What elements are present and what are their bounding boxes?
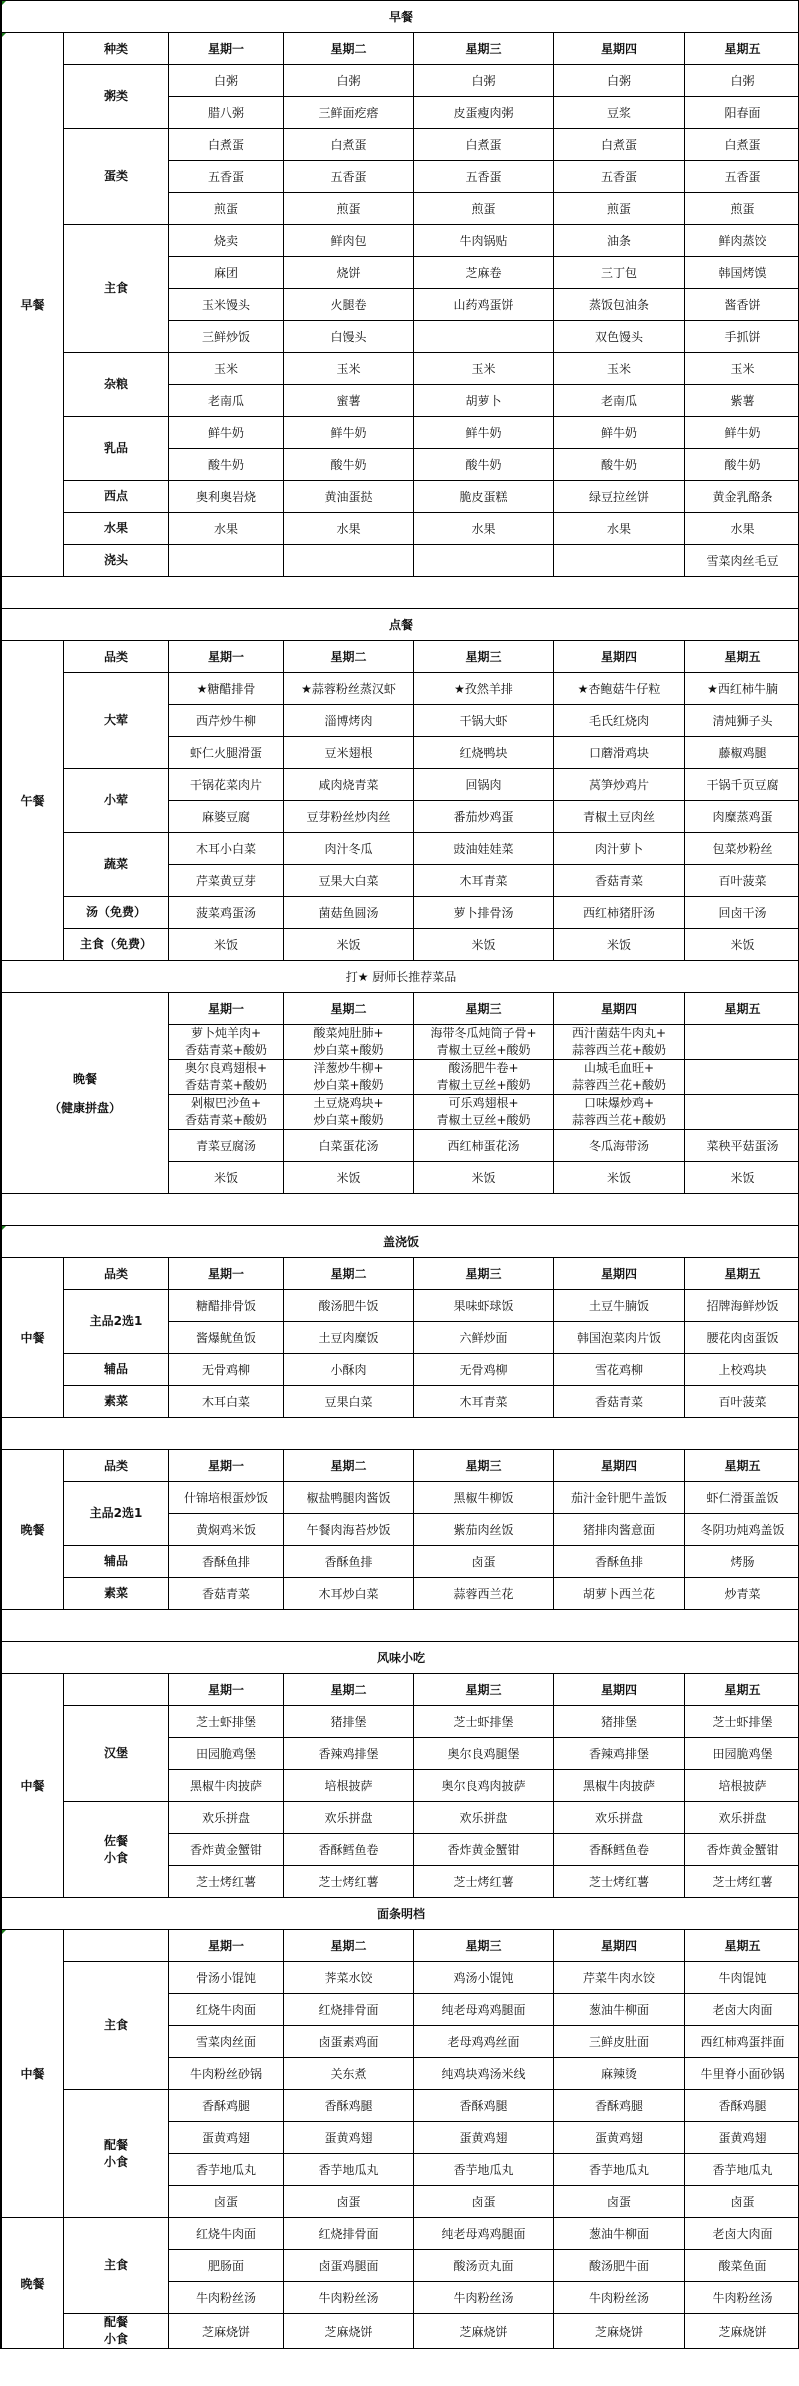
- day-header-1: 星期一: [169, 1450, 284, 1482]
- menu-item: 牛肉粉丝汤: [169, 2282, 284, 2314]
- table-row: 蔬菜木耳小白菜肉汁冬瓜豉油娃娃菜肉汁萝卜包菜炒粉丝: [2, 833, 799, 865]
- menu-item: 香酥鸡腿: [554, 2090, 685, 2122]
- category-label: 乳品: [64, 417, 169, 481]
- day-header-4: 星期四: [554, 33, 685, 65]
- menu-item: 冬阴功炖鸡盖饭: [685, 1514, 799, 1546]
- menu-item: 香芋地瓜丸: [169, 2154, 284, 2186]
- menu-item: 木耳小白菜: [169, 833, 284, 865]
- menu-item: 香酥鸡腿: [685, 2090, 799, 2122]
- menu-item: 水果: [554, 513, 685, 545]
- menu-item: 奥尔良鸡肉披萨: [414, 1770, 554, 1802]
- menu-item: 米饭: [414, 1162, 554, 1194]
- spacer: [2, 1610, 799, 1642]
- day-header-4: 星期四: [554, 641, 685, 673]
- menu-item: 酱香饼: [685, 289, 799, 321]
- menu-item: 米饭: [554, 929, 685, 961]
- menu-item: 五香蛋: [169, 161, 284, 193]
- spacer-row: [2, 1194, 799, 1226]
- menu-item: 鲜牛奶: [169, 417, 284, 449]
- menu-item: 香菇青菜: [169, 1578, 284, 1610]
- menu-item: 小酥肉: [284, 1354, 414, 1386]
- menu-item: 蜜薯: [284, 385, 414, 417]
- category-label: 水果: [64, 513, 169, 545]
- menu-item: 百叶菠菜: [685, 1386, 799, 1418]
- category-header: 品类: [64, 1450, 169, 1482]
- menu-item: 芝士虾排堡: [169, 1706, 284, 1738]
- menu-item: 酸牛奶: [414, 449, 554, 481]
- menu-item: 上校鸡块: [685, 1354, 799, 1386]
- menu-item: 五香蛋: [284, 161, 414, 193]
- menu-item: 干锅花菜肉片: [169, 769, 284, 801]
- header-row: 晚餐品类星期一星期二星期三星期四星期五: [2, 1450, 799, 1482]
- menu-item: 韩国烤馍: [685, 257, 799, 289]
- menu-item: 卤蛋: [414, 2186, 554, 2218]
- header-row: 晚餐（健康拼盘）星期一星期二星期三星期四星期五: [2, 993, 799, 1025]
- meal-label: 早餐: [2, 33, 64, 577]
- menu-item: 纯老母鸡鸡腿面: [414, 2218, 554, 2250]
- menu-item: 清炖狮子头: [685, 705, 799, 737]
- menu-item: 白煮蛋: [554, 129, 685, 161]
- menu-item: [554, 545, 685, 577]
- category-label: 蛋类: [64, 129, 169, 225]
- menu-item: 淄博烤肉: [284, 705, 414, 737]
- header-row: 中餐星期一星期二星期三星期四星期五: [2, 1930, 799, 1962]
- menu-item: 蒸饭包油条: [554, 289, 685, 321]
- day-header-1: 星期一: [169, 1930, 284, 1962]
- menu-item: 口味爆炒鸡+蒜蓉西兰花+酸奶: [554, 1095, 685, 1130]
- menu-item: 椒盐鸭腿肉酱饭: [284, 1482, 414, 1514]
- day-header-5: 星期五: [685, 641, 799, 673]
- menu-item: [169, 545, 284, 577]
- menu-item: 韩国泡菜肉片饭: [554, 1322, 685, 1354]
- day-header-1: 星期一: [169, 1674, 284, 1706]
- menu-item: 香酥鸡腿: [169, 2090, 284, 2122]
- menu-item: 白粥: [169, 65, 284, 97]
- category-label: 小荤: [64, 769, 169, 833]
- menu-item: 荠菜水饺: [284, 1962, 414, 1994]
- menu-item: 萝卜炖羊肉+香菇青菜+酸奶: [169, 1025, 284, 1060]
- menu-item: 鲜肉包: [284, 225, 414, 257]
- menu-item: 香酥鱼排: [284, 1546, 414, 1578]
- menu-item: 奥尔良鸡翅根+香菇青菜+酸奶: [169, 1060, 284, 1095]
- menu-item: 干锅大虾: [414, 705, 554, 737]
- header-row: 午餐品类星期一星期二星期三星期四星期五: [2, 641, 799, 673]
- menu-item: 香芋地瓜丸: [685, 2154, 799, 2186]
- menu-item: 咸肉烧青菜: [284, 769, 414, 801]
- menu-item: 老南瓜: [169, 385, 284, 417]
- day-header-4: 星期四: [554, 993, 685, 1025]
- menu-item: 豉油娃娃菜: [414, 833, 554, 865]
- category-label: 辅品: [64, 1354, 169, 1386]
- menu-item: 卤蛋: [284, 2186, 414, 2218]
- menu-item: 米饭: [169, 929, 284, 961]
- menu-item: 香芋地瓜丸: [414, 2154, 554, 2186]
- category-label: 主食: [64, 225, 169, 353]
- menu-item: 玉米: [685, 353, 799, 385]
- category-label: 浇头: [64, 545, 169, 577]
- menu-item: 白煮蛋: [414, 129, 554, 161]
- category-label: 粥类: [64, 65, 169, 129]
- spacer: [2, 1194, 799, 1226]
- menu-item: 黑椒牛肉披萨: [169, 1770, 284, 1802]
- menu-item: 蛋黄鸡翅: [414, 2122, 554, 2154]
- menu-item: 豆米翅根: [284, 737, 414, 769]
- meal-label: 晚餐: [2, 1450, 64, 1610]
- menu-item: 山城毛血旺+蒜蓉西兰花+酸奶: [554, 1060, 685, 1095]
- table-row: 汤（免费）菠菜鸡蛋汤菌菇鱼圆汤萝卜排骨汤西红柿猪肝汤回卤干汤: [2, 897, 799, 929]
- menu-item: 什锦培根蛋炒饭: [169, 1482, 284, 1514]
- menu-item: ★糖醋排骨: [169, 673, 284, 705]
- menu-item: 老卤大肉面: [685, 2218, 799, 2250]
- day-header-5: 星期五: [685, 993, 799, 1025]
- meal-label: 中餐: [2, 1930, 64, 2218]
- menu-item: 洋葱炒牛柳+炒白菜+酸奶: [284, 1060, 414, 1095]
- day-header-3: 星期三: [414, 33, 554, 65]
- menu-item: 煎蛋: [554, 193, 685, 225]
- menu-item: 玉米馒头: [169, 289, 284, 321]
- category-label: 汤（免费）: [64, 897, 169, 929]
- category-header: 品类: [64, 641, 169, 673]
- menu-item: 煎蛋: [169, 193, 284, 225]
- menu-item: 煎蛋: [284, 193, 414, 225]
- menu-item: 五香蛋: [414, 161, 554, 193]
- table-row: 配餐小食芝麻烧饼芝麻烧饼芝麻烧饼芝麻烧饼芝麻烧饼: [2, 2314, 799, 2349]
- menu-item: 欢乐拼盘: [169, 1802, 284, 1834]
- menu-item: [414, 321, 554, 353]
- menu-item: 胡萝卜: [414, 385, 554, 417]
- menu-item: [685, 1060, 799, 1095]
- day-header-3: 星期三: [414, 1674, 554, 1706]
- menu-item: 牛里脊小面砂锅: [685, 2058, 799, 2090]
- menu-item: 白粥: [554, 65, 685, 97]
- menu-item: 回锅肉: [414, 769, 554, 801]
- section-title-recommend: 打★ 厨师长推荐菜品: [2, 961, 799, 993]
- menu-item: 酸菜鱼面: [685, 2250, 799, 2282]
- menu-item: 无骨鸡柳: [414, 1354, 554, 1386]
- table-row: 主品2选1什锦培根蛋炒饭椒盐鸭腿肉酱饭黑椒牛柳饭茄汁金针肥牛盖饭虾仁滑蛋盖饭: [2, 1482, 799, 1514]
- menu-item: 土豆肉糜饭: [284, 1322, 414, 1354]
- menu-item: [685, 1095, 799, 1130]
- category-header: 种类: [64, 33, 169, 65]
- menu-item: 芹菜黄豆芽: [169, 865, 284, 897]
- menu-item: 双色馒头: [554, 321, 685, 353]
- menu-item: 米饭: [685, 929, 799, 961]
- day-header-2: 星期二: [284, 1450, 414, 1482]
- header-row: 中餐星期一星期二星期三星期四星期五: [2, 1674, 799, 1706]
- menu-item: 芝士虾排堡: [685, 1706, 799, 1738]
- menu-item: 芝麻烧饼: [169, 2314, 284, 2349]
- header-row: 中餐品类星期一星期二星期三星期四星期五: [2, 1258, 799, 1290]
- menu-item: 香芋地瓜丸: [554, 2154, 685, 2186]
- day-header-1: 星期一: [169, 993, 284, 1025]
- menu-item: 豆果白菜: [284, 1386, 414, 1418]
- menu-item: 白粥: [414, 65, 554, 97]
- menu-item: 番茄炒鸡蛋: [414, 801, 554, 833]
- meal-label-main: 晚餐: [4, 1070, 166, 1087]
- table-row: 水果水果水果水果水果水果: [2, 513, 799, 545]
- menu-item: 剁椒巴沙鱼+香菇青菜+酸奶: [169, 1095, 284, 1130]
- menu-item: 牛肉馄饨: [685, 1962, 799, 1994]
- menu-item: 老南瓜: [554, 385, 685, 417]
- menu-item: 回卤干汤: [685, 897, 799, 929]
- section-title-noodles: 面条明档: [2, 1898, 799, 1930]
- menu-item: 招牌海鲜炒饭: [685, 1290, 799, 1322]
- menu-item: 鲜肉蒸饺: [685, 225, 799, 257]
- table-row: 辅品无骨鸡柳小酥肉无骨鸡柳雪花鸡柳上校鸡块: [2, 1354, 799, 1386]
- table-row: 粥类白粥白粥白粥白粥白粥: [2, 65, 799, 97]
- table-row: 杂粮玉米玉米玉米玉米玉米: [2, 353, 799, 385]
- menu-item: 蛋黄鸡翅: [169, 2122, 284, 2154]
- menu-item: 猪排堡: [554, 1706, 685, 1738]
- section-title-row: 盖浇饭: [2, 1226, 799, 1258]
- day-header-4: 星期四: [554, 1930, 685, 1962]
- menu-item: 卤蛋鸡腿面: [284, 2250, 414, 2282]
- menu-item: ★杏鲍菇牛仔粒: [554, 673, 685, 705]
- menu-item: 葱油牛柳面: [554, 2218, 685, 2250]
- menu-item: 雪菜肉丝面: [169, 2026, 284, 2058]
- menu-item: 麻婆豆腐: [169, 801, 284, 833]
- day-header-5: 星期五: [685, 1674, 799, 1706]
- menu-item: 香酥鳕鱼卷: [554, 1834, 685, 1866]
- menu-item: 无骨鸡柳: [169, 1354, 284, 1386]
- menu-item: 土豆烧鸡块+炒白菜+酸奶: [284, 1095, 414, 1130]
- weekly-menu-page: 早餐早餐种类星期一星期二星期三星期四星期五粥类白粥白粥白粥白粥白粥腊八粥三鲜面疙…: [0, 0, 799, 2349]
- menu-item: 香酥鸡腿: [414, 2090, 554, 2122]
- menu-item: 芝士烤红薯: [414, 1866, 554, 1898]
- menu-item: 老母鸡鸡丝面: [414, 2026, 554, 2058]
- section-title-snacks: 风味小吃: [2, 1642, 799, 1674]
- menu-item: 玉米: [554, 353, 685, 385]
- spacer-row: [2, 577, 799, 609]
- menu-item: 紫薯: [685, 385, 799, 417]
- menu-item: 芝麻烧饼: [685, 2314, 799, 2349]
- menu-item: 水果: [685, 513, 799, 545]
- day-header-4: 星期四: [554, 1450, 685, 1482]
- menu-item: 芝士烤红薯: [685, 1866, 799, 1898]
- menu-item: 木耳青菜: [414, 865, 554, 897]
- menu-item: 豆浆: [554, 97, 685, 129]
- menu-item: 白煮蛋: [685, 129, 799, 161]
- menu-item: 包菜炒粉丝: [685, 833, 799, 865]
- table-row: 辅品香酥鱼排香酥鱼排卤蛋香酥鱼排烤肠: [2, 1546, 799, 1578]
- menu-item: 莴笋炒鸡片: [554, 769, 685, 801]
- category-label: 主食（免费）: [64, 929, 169, 961]
- menu-item: 红烧排骨面: [284, 2218, 414, 2250]
- table-row: 主食（免费）米饭米饭米饭米饭米饭: [2, 929, 799, 961]
- menu-item: 绿豆拉丝饼: [554, 481, 685, 513]
- menu-item: 香辣鸡排堡: [284, 1738, 414, 1770]
- menu-item: ★西红柿牛腩: [685, 673, 799, 705]
- menu-item: 三鲜炒饭: [169, 321, 284, 353]
- table-row: 素菜木耳白菜豆果白菜木耳青菜香菇青菜百叶菠菜: [2, 1386, 799, 1418]
- menu-item: 紫茄肉丝饭: [414, 1514, 554, 1546]
- menu-item: 卤蛋素鸡面: [284, 2026, 414, 2058]
- table-row: 浇头雪菜肉丝毛豆: [2, 545, 799, 577]
- menu-item: 芝士烤红薯: [169, 1866, 284, 1898]
- menu-item: 水果: [414, 513, 554, 545]
- menu-item: 白煮蛋: [169, 129, 284, 161]
- menu-item: 黄油蛋挞: [284, 481, 414, 513]
- menu-item: 油条: [554, 225, 685, 257]
- menu-item: 五香蛋: [554, 161, 685, 193]
- menu-item: 牛肉粉丝汤: [554, 2282, 685, 2314]
- menu-item: [284, 545, 414, 577]
- menu-item: 茄汁金针肥牛盖饭: [554, 1482, 685, 1514]
- day-header-2: 星期二: [284, 1258, 414, 1290]
- menu-item: 香辣鸡排堡: [554, 1738, 685, 1770]
- menu-item: 牛肉锅贴: [414, 225, 554, 257]
- menu-item: 木耳青菜: [414, 1386, 554, 1418]
- header-row: 早餐种类星期一星期二星期三星期四星期五: [2, 33, 799, 65]
- menu-item: 鲜牛奶: [284, 417, 414, 449]
- menu-item: 纯鸡块鸡汤米线: [414, 2058, 554, 2090]
- day-header-5: 星期五: [685, 33, 799, 65]
- menu-item: 米饭: [685, 1162, 799, 1194]
- menu-item: 胡萝卜西兰花: [554, 1578, 685, 1610]
- menu-item: 黑椒牛肉披萨: [554, 1770, 685, 1802]
- menu-item: [414, 545, 554, 577]
- table-row: 汉堡芝士虾排堡猪排堡芝士虾排堡猪排堡芝士虾排堡: [2, 1706, 799, 1738]
- menu-item: 五香蛋: [685, 161, 799, 193]
- menu-item: 芝麻烧饼: [554, 2314, 685, 2349]
- menu-item: 鸡汤小馄饨: [414, 1962, 554, 1994]
- spacer: [2, 1418, 799, 1450]
- meal-label: 晚餐（健康拼盘）: [2, 993, 169, 1194]
- menu-item: 芹菜牛肉水饺: [554, 1962, 685, 1994]
- menu-item: 雪菜肉丝毛豆: [685, 545, 799, 577]
- menu-item: 三鲜皮肚面: [554, 2026, 685, 2058]
- menu-item: 卤蛋: [554, 2186, 685, 2218]
- menu-item: 水果: [284, 513, 414, 545]
- section-title-row: 风味小吃: [2, 1642, 799, 1674]
- menu-item: 肉糜蒸鸡蛋: [685, 801, 799, 833]
- menu-item: 黄金乳酪条: [685, 481, 799, 513]
- menu-item: 腰花肉卤蛋饭: [685, 1322, 799, 1354]
- menu-item: 香炸黄金蟹钳: [414, 1834, 554, 1866]
- menu-item: 海带冬瓜炖筒子骨+青椒土豆丝+酸奶: [414, 1025, 554, 1060]
- category-label: 杂粮: [64, 353, 169, 417]
- menu-item: 香菇青菜: [554, 1386, 685, 1418]
- menu-item: 火腿卷: [284, 289, 414, 321]
- day-header-2: 星期二: [284, 33, 414, 65]
- menu-item: 酸汤肥牛面: [554, 2250, 685, 2282]
- spacer: [2, 577, 799, 609]
- day-header-2: 星期二: [284, 1930, 414, 1962]
- meal-label: 中餐: [2, 1258, 64, 1418]
- menu-item: 培根披萨: [284, 1770, 414, 1802]
- category-label: 主食: [64, 2218, 169, 2314]
- table-row: 晚餐主食红烧牛肉面红烧排骨面纯老母鸡鸡腿面葱油牛柳面老卤大肉面: [2, 2218, 799, 2250]
- menu-item: 西芹炒牛柳: [169, 705, 284, 737]
- menu-item: 猪排肉酱意面: [554, 1514, 685, 1546]
- menu-item: 蛋黄鸡翅: [554, 2122, 685, 2154]
- day-header-5: 星期五: [685, 1258, 799, 1290]
- menu-item: 芝麻烧饼: [414, 2314, 554, 2349]
- menu-item: 猪排堡: [284, 1706, 414, 1738]
- menu-item: 老卤大肉面: [685, 1994, 799, 2026]
- menu-item: 麻团: [169, 257, 284, 289]
- category-label: 汉堡: [64, 1706, 169, 1802]
- menu-item: ★孜然羊排: [414, 673, 554, 705]
- menu-item: 鲜牛奶: [685, 417, 799, 449]
- menu-item: 芝麻烧饼: [284, 2314, 414, 2349]
- menu-item: 牛肉粉丝砂锅: [169, 2058, 284, 2090]
- table-row: 大荤★糖醋排骨★蒜蓉粉丝蒸汉虾★孜然羊排★杏鲍菇牛仔粒★西红柿牛腩: [2, 673, 799, 705]
- meal-label: 晚餐: [2, 2218, 64, 2349]
- table-row: 素菜香菇青菜木耳炒白菜蒜蓉西兰花胡萝卜西兰花炒青菜: [2, 1578, 799, 1610]
- menu-item: 白煮蛋: [284, 129, 414, 161]
- menu-item: 鲜牛奶: [554, 417, 685, 449]
- menu-item: 炒青菜: [685, 1578, 799, 1610]
- menu-item: 香酥鱼排: [554, 1546, 685, 1578]
- category-label: 素菜: [64, 1386, 169, 1418]
- table-row: 小荤干锅花菜肉片咸肉烧青菜回锅肉莴笋炒鸡片干锅千页豆腐: [2, 769, 799, 801]
- section-title-row: 打★ 厨师长推荐菜品: [2, 961, 799, 993]
- menu-item: 青椒土豆肉丝: [554, 801, 685, 833]
- menu-item: 玉米: [284, 353, 414, 385]
- menu-item: 香菇青菜: [554, 865, 685, 897]
- section-title-rice-bowl: 盖浇饭: [2, 1226, 799, 1258]
- menu-item: 糖醋排骨饭: [169, 1290, 284, 1322]
- menu-item: 鲜牛奶: [414, 417, 554, 449]
- category-header: [64, 1930, 169, 1962]
- menu-item: 田园脆鸡堡: [685, 1738, 799, 1770]
- menu-item: 豆果大白菜: [284, 865, 414, 897]
- menu-table: 早餐早餐种类星期一星期二星期三星期四星期五粥类白粥白粥白粥白粥白粥腊八粥三鲜面疙…: [1, 0, 799, 2349]
- menu-item: 香炸黄金蟹钳: [685, 1834, 799, 1866]
- menu-item: 芝士烤红薯: [284, 1866, 414, 1898]
- menu-item: 三丁包: [554, 257, 685, 289]
- day-header-4: 星期四: [554, 1674, 685, 1706]
- category-label: 配餐小食: [64, 2314, 169, 2349]
- menu-item: 酸汤肥牛饭: [284, 1290, 414, 1322]
- menu-item: 蛋黄鸡翅: [685, 2122, 799, 2154]
- menu-item: 口蘑滑鸡块: [554, 737, 685, 769]
- menu-item: 麻辣烫: [554, 2058, 685, 2090]
- menu-item: 香芋地瓜丸: [284, 2154, 414, 2186]
- menu-item: 酸菜炖肚肺+炒白菜+酸奶: [284, 1025, 414, 1060]
- menu-item: 关东煮: [284, 2058, 414, 2090]
- menu-item: 烧饼: [284, 257, 414, 289]
- day-header-2: 星期二: [284, 1674, 414, 1706]
- menu-item: 皮蛋瘦肉粥: [414, 97, 554, 129]
- menu-item: 白菜蛋花汤: [284, 1130, 414, 1162]
- section-title-row: 面条明档: [2, 1898, 799, 1930]
- day-header-3: 星期三: [414, 1930, 554, 1962]
- menu-item: 欢乐拼盘: [414, 1802, 554, 1834]
- menu-item: 红烧排骨面: [284, 1994, 414, 2026]
- menu-item: 欢乐拼盘: [685, 1802, 799, 1834]
- menu-item: 虾仁滑蛋盖饭: [685, 1482, 799, 1514]
- menu-item: 果味虾球饭: [414, 1290, 554, 1322]
- day-header-3: 星期三: [414, 1450, 554, 1482]
- menu-item: 香酥鳕鱼卷: [284, 1834, 414, 1866]
- menu-item: 三鲜面疙瘩: [284, 97, 414, 129]
- menu-item: 牛肉粉丝汤: [685, 2282, 799, 2314]
- menu-item: 蒜蓉西兰花: [414, 1578, 554, 1610]
- menu-item: 黄焖鸡米饭: [169, 1514, 284, 1546]
- menu-item: 香炸黄金蟹钳: [169, 1834, 284, 1866]
- menu-item: 米饭: [284, 1162, 414, 1194]
- menu-item: ★蒜蓉粉丝蒸汉虾: [284, 673, 414, 705]
- menu-item: 欢乐拼盘: [284, 1802, 414, 1834]
- day-header-3: 星期三: [414, 1258, 554, 1290]
- menu-item: 山药鸡蛋饼: [414, 289, 554, 321]
- table-row: 佐餐小食欢乐拼盘欢乐拼盘欢乐拼盘欢乐拼盘欢乐拼盘: [2, 1802, 799, 1834]
- menu-item: 酸牛奶: [169, 449, 284, 481]
- menu-item: 欢乐拼盘: [554, 1802, 685, 1834]
- menu-item: 午餐肉海苔炒饭: [284, 1514, 414, 1546]
